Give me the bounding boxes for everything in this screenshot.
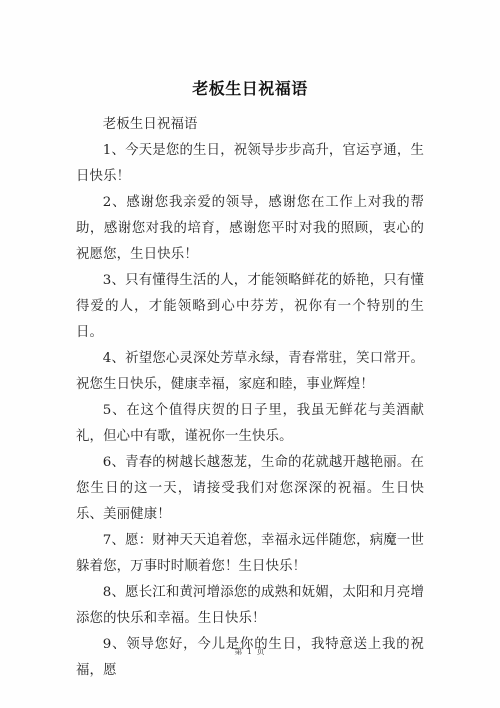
- wish-paragraph-1: 1、今天是您的生日，祝领导步步高升，官运亨通，生日快乐！: [76, 138, 424, 190]
- wish-paragraph-9: 9、领导您好，今儿是你的生日，我特意送上我的祝福，愿: [76, 632, 424, 684]
- subtitle-paragraph: 老板生日祝福语: [76, 112, 424, 138]
- wish-paragraph-4: 4、祈望您心灵深处芳草永绿，青春常驻，笑口常开。祝您生日快乐，健康幸福，家庭和睦…: [76, 346, 424, 398]
- wish-paragraph-6: 6、青春的树越长越葱茏，生命的花就越开越艳丽。在您生日的这一天，请接受我们对您深…: [76, 450, 424, 528]
- wish-paragraph-5: 5、在这个值得庆贺的日子里，我虽无鲜花与美酒献礼，但心中有歌，谨祝你一生快乐。: [76, 398, 424, 450]
- document-body: 老板生日祝福语 1、今天是您的生日，祝领导步步高升，官运亨通，生日快乐！ 2、感…: [76, 112, 424, 684]
- wish-paragraph-7: 7、愿：财神天天追着您，幸福永远伴随您，病魔一世躲着您，万事时时顺着您！生日快乐…: [76, 528, 424, 580]
- wish-paragraph-8: 8、愿长江和黄河增添您的成熟和妩媚，太阳和月亮增添您的快乐和幸福。生日快乐！: [76, 580, 424, 632]
- wish-paragraph-2: 2、感谢您我亲爱的领导，感谢您在工作上对我的帮助，感谢您对我的培育，感谢您平时对…: [76, 190, 424, 268]
- document-page: 老板生日祝福语 老板生日祝福语 1、今天是您的生日，祝领导步步高升，官运亨通，生…: [0, 0, 500, 708]
- page-number-footer: 第 1 页: [0, 646, 500, 657]
- wish-paragraph-3: 3、只有懂得生活的人，才能领略鲜花的娇艳，只有懂得爱的人，才能领略到心中芬芳，祝…: [76, 268, 424, 346]
- document-title: 老板生日祝福语: [0, 76, 500, 99]
